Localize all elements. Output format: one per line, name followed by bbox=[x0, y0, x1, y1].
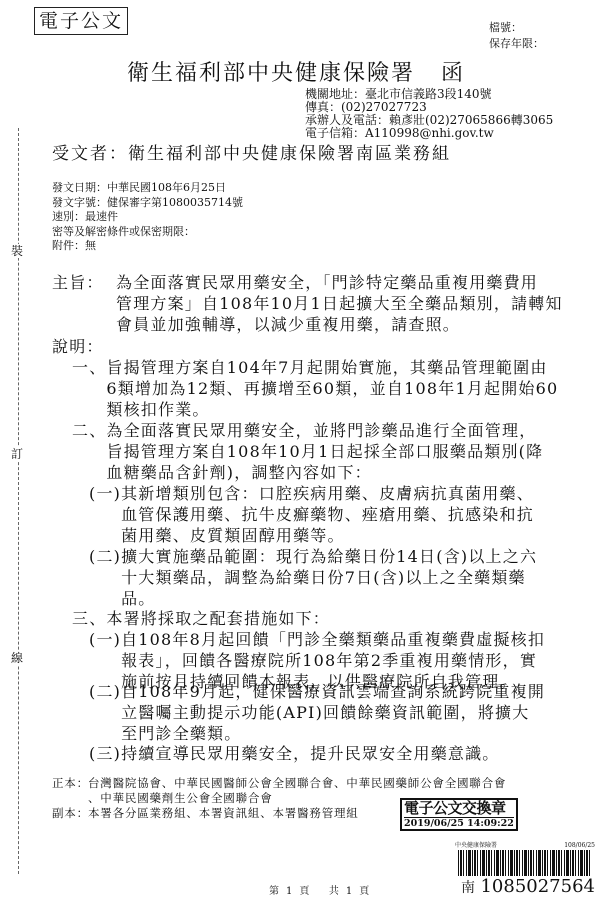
copy-recipients-label: 副本： bbox=[52, 806, 88, 821]
subitem-line: 至門診全藥類。 bbox=[121, 723, 545, 744]
subitem-line: 報表」，回饋各醫療院所108年第2季重複用藥情形，實 bbox=[121, 650, 545, 671]
document-number: 發文字號：健保審字第1080035714號 bbox=[52, 196, 243, 211]
original-recipients-line: 台灣醫院協會、中華民國醫師公會全國聯合會、中華民國藥師公會全國聯合會 bbox=[88, 776, 506, 791]
recipient: 受文者：衛生福利部中央健康保險署南區業務組 bbox=[52, 143, 451, 165]
explanation-subitem-2-2: (二) 擴大實施藥品範圍：現行為給藥日份14日(含)以上之六 十大類藥品，調整為… bbox=[89, 546, 537, 609]
page-suffix: 頁 bbox=[299, 886, 310, 897]
barcode-block: 中央健康保險署 108/06/25 南 1085027564 bbox=[455, 842, 595, 897]
item-line: 6類增加為12類、再擴增至60類，並自108年1月起開始60 bbox=[106, 378, 558, 399]
item-number: 二、 bbox=[72, 420, 106, 483]
item-line: 旨揭管理方案自104年7月起開始實施，其藥品管理範圍由 bbox=[106, 357, 558, 378]
pagination: 第1頁 共1頁 bbox=[266, 882, 373, 897]
exchange-seal-text: 電子公文交換章 bbox=[404, 800, 514, 817]
subitem-line: 立醫囑主動提示功能(API)回饋餘藥資訊範圍，將擴大 bbox=[121, 702, 545, 723]
subitem-line: 菌用藥、皮質類固醇用藥等。 bbox=[121, 525, 534, 546]
explanation-subitem-3-3: (三) 持續宣導民眾用藥安全，提升民眾安全用藥意識。 bbox=[89, 743, 500, 764]
file-meta: 檔號： 保存年限： bbox=[489, 20, 544, 52]
barcode-issuer: 中央健康保險署 bbox=[455, 842, 497, 850]
binding-mark-xian: 線 bbox=[11, 651, 23, 665]
item-number: 一、 bbox=[72, 357, 106, 420]
attachment: 附件：無 bbox=[52, 239, 243, 254]
subitem-line: 血管保護用藥、抗牛皮癬藥物、痤瘡用藥、抗感染和抗 bbox=[121, 504, 534, 525]
subitem-line: 自108年8月起回饋「門診全藥類藥品重複藥費虛擬核扣 bbox=[121, 629, 545, 650]
item-line: 本署將採取之配套措施如下： bbox=[106, 608, 330, 629]
binding-mark-zhuang: 裝 bbox=[11, 244, 23, 258]
subitem-line: 其新增類別包含：口腔疾病用藥、皮膚病抗真菌用藥、 bbox=[121, 483, 534, 504]
page-prefix: 第 bbox=[269, 886, 280, 897]
binding-mark-ding: 訂 bbox=[11, 447, 23, 461]
page-total: 1 bbox=[346, 886, 353, 897]
file-number-label: 檔號： bbox=[489, 20, 544, 36]
subitem-line: 持續宣導民眾用藥安全，提升民眾安全用藥意識。 bbox=[121, 743, 499, 764]
agency-name: 衛生福利部中央健康保險署 bbox=[127, 61, 415, 86]
document-type: 函 bbox=[441, 61, 465, 86]
subject-line: 為全面落實民眾用藥安全，「門診特定藥品重複用藥費用 bbox=[116, 272, 563, 293]
subject-label: 主旨： bbox=[52, 272, 116, 335]
subitem-number: (一) bbox=[89, 483, 121, 546]
contact-info: 機關地址：臺北市信義路3段140號 傳真：(02)27027723 承辦人及電話… bbox=[305, 88, 553, 140]
explanation-item-1: 一、 旨揭管理方案自104年7月起開始實施，其藥品管理範圍由 6類增加為12類、… bbox=[72, 357, 558, 420]
subject-line: 會員並加強輔導，以減少重複用藥，請查照。 bbox=[116, 314, 563, 335]
total-suffix: 頁 bbox=[359, 886, 370, 897]
document-title: 衛生福利部中央健康保險署函 bbox=[127, 60, 465, 88]
document-meta: 發文日期：中華民國108年6月25日 發文字號：健保審字第1080035714號… bbox=[52, 181, 243, 254]
page-current: 1 bbox=[286, 886, 293, 897]
binding-line bbox=[18, 128, 19, 874]
item-line: 類核扣作業。 bbox=[106, 399, 558, 420]
original-recipients-label: 正本： bbox=[52, 776, 88, 806]
explanation-label: 說明： bbox=[52, 336, 104, 357]
total-prefix: 共 bbox=[329, 886, 340, 897]
subitem-number: (二) bbox=[89, 681, 121, 744]
barcode-icon bbox=[458, 850, 592, 876]
delivery-speed: 速別：最速件 bbox=[52, 210, 243, 225]
explanation-item-2: 二、 為全面落實民眾用藥安全，並將門診藥品進行全面管理， 旨揭管理方案自108年… bbox=[72, 420, 543, 483]
item-number: 三、 bbox=[72, 608, 106, 629]
item-line: 為全面落實民眾用藥安全，並將門診藥品進行全面管理， bbox=[106, 420, 543, 441]
barcode-region: 南 bbox=[461, 877, 475, 897]
subitem-number: (三) bbox=[89, 743, 121, 764]
explanation-item-3: 三、 本署將採取之配套措施如下： bbox=[72, 608, 330, 629]
subitem-line: 自108年9月起，健保醫療資訊雲端查詢系統跨院重複開 bbox=[121, 681, 545, 702]
subitem-line: 擴大實施藥品範圍：現行為給藥日份14日(含)以上之六 bbox=[121, 546, 537, 567]
exchange-seal: 電子公文交換章 2019/06/25 14:09:22 bbox=[400, 798, 518, 831]
officer-email[interactable]: 電子信箱：A110998@nhi.gov.tw bbox=[305, 127, 553, 140]
explanation-subitem-3-2: (二) 自108年9月起，健保醫療資訊雲端查詢系統跨院重複開 立醫囑主動提示功能… bbox=[89, 681, 545, 744]
secrecy-level: 密等及解密條件或保密期限： bbox=[52, 225, 243, 240]
barcode-number: 1085027564 bbox=[480, 876, 595, 897]
issue-date: 發文日期：中華民國108年6月25日 bbox=[52, 181, 243, 196]
exchange-seal-timestamp: 2019/06/25 14:09:22 bbox=[404, 817, 514, 829]
item-line: 血糖藥品含針劑)，調整內容如下： bbox=[106, 462, 543, 483]
subitem-line: 十大類藥品，調整為給藥日份7日(含)以上之全藥類藥 bbox=[121, 567, 537, 588]
subitem-line: 品。 bbox=[121, 588, 537, 609]
copy-recipients: 本署各分區業務組、本署資訊組、本署醫務管理組 bbox=[88, 806, 359, 821]
retention-label: 保存年限： bbox=[489, 36, 544, 52]
subitem-number: (二) bbox=[89, 546, 121, 609]
barcode-date: 108/06/25 bbox=[564, 842, 595, 850]
item-line: 旨揭管理方案自108年10月1日起採全部口服藥品類別(降 bbox=[106, 441, 543, 462]
subject-section: 主旨： 為全面落實民眾用藥安全，「門診特定藥品重複用藥費用 管理方案」自108年… bbox=[52, 272, 563, 335]
e-document-badge: 電子公文 bbox=[34, 7, 128, 35]
explanation-subitem-2-1: (一) 其新增類別包含：口腔疾病用藥、皮膚病抗真菌用藥、 血管保護用藥、抗牛皮癬… bbox=[89, 483, 534, 546]
subject-line: 管理方案」自108年10月1日起擴大至全藥品類別，請轉知 bbox=[116, 293, 563, 314]
